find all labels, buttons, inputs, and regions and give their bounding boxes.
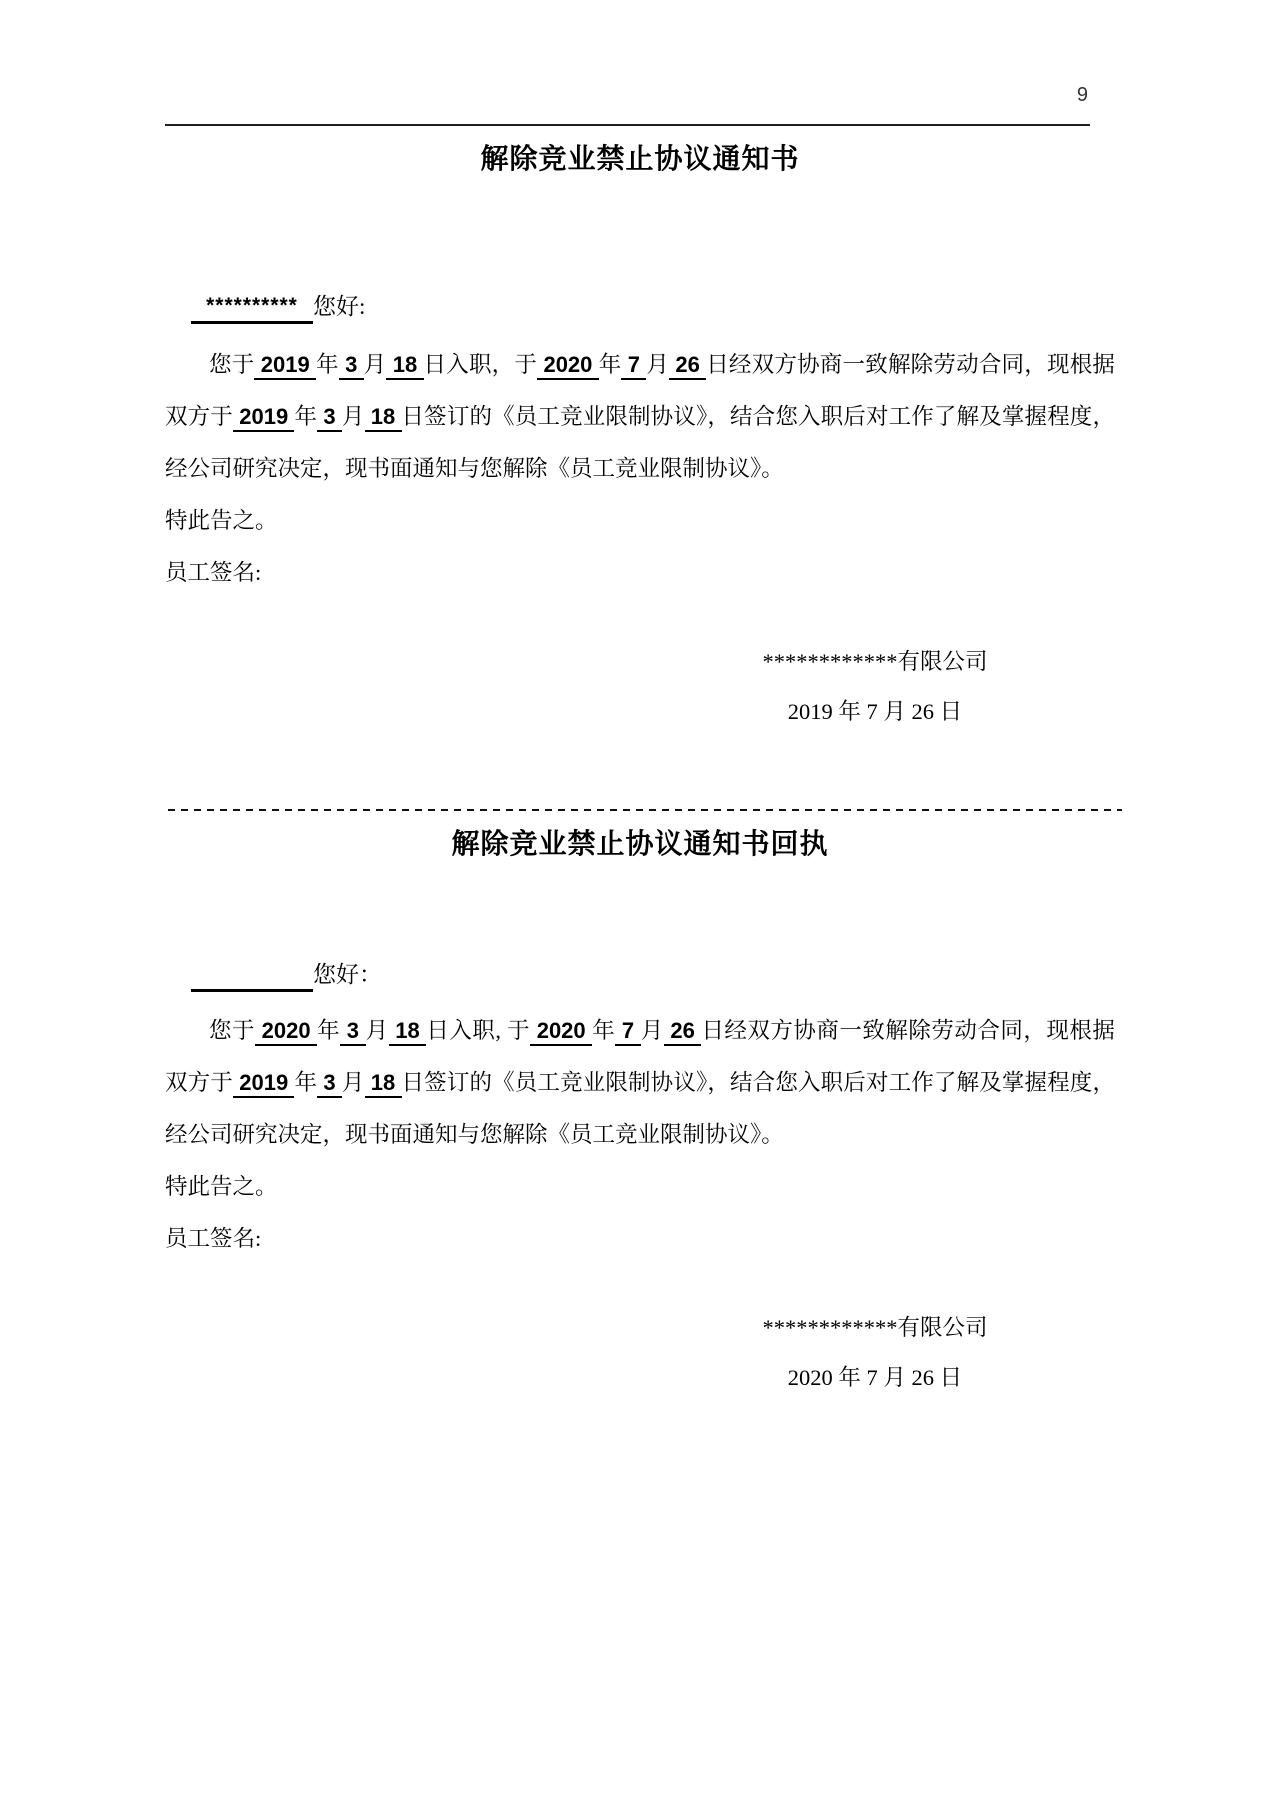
underlined-blank-value: 2019 (233, 404, 294, 432)
notice-title: 解除竞业禁止协议通知书 (165, 140, 1115, 180)
paragraph-text: 年 (316, 352, 339, 377)
notice-closing: 特此告之。 (165, 495, 1115, 547)
underlined-blank-value: 3 (340, 1018, 365, 1046)
underlined-blank-value: 2019 (254, 352, 316, 380)
underlined-blank-value: 2020 (537, 352, 599, 380)
underlined-blank-value: 26 (669, 352, 706, 380)
notice-greeting: 您好: (313, 294, 365, 319)
receipt-salutation-blank (191, 989, 313, 992)
header-rule (165, 124, 1090, 126)
underlined-blank-value: 2019 (233, 1070, 294, 1098)
receipt-paragraph: 您于 2020 年 3 月 18 日入职, 于 2020 年 7 月 26 日经… (165, 1005, 1115, 1161)
notice-paragraph: 您于 2019 年 3 月 18 日入职，于 2020 年 7 月 26 日经双… (165, 339, 1115, 495)
underlined-blank-value: 18 (386, 352, 423, 380)
paragraph-text: 年 (599, 352, 622, 377)
paragraph-text: 月 (342, 1070, 365, 1095)
paragraph-text: 日入职, 于 (426, 1018, 530, 1043)
receipt-closing: 特此告之。 (165, 1161, 1115, 1213)
underlined-blank-value: 2020 (530, 1018, 592, 1046)
paragraph-text: 年 (294, 404, 317, 429)
paragraph-text: 日入职，于 (424, 352, 538, 377)
underlined-blank-value: 7 (621, 352, 646, 380)
underlined-blank-value: 18 (389, 1018, 427, 1046)
receipt-signature-label: 员工签名: (165, 1213, 1115, 1265)
notice-signature-block: ************有限公司 2019 年 7 月 26 日 (710, 637, 1040, 737)
underlined-blank-value: 3 (317, 1070, 342, 1098)
underlined-blank-value: 2020 (255, 1018, 317, 1046)
underlined-blank-value: 18 (365, 1070, 402, 1098)
underlined-blank-value: 18 (365, 404, 402, 432)
paragraph-text: 年 (592, 1018, 615, 1043)
receipt-signature-block: ************有限公司 2020 年 7 月 26 日 (710, 1303, 1040, 1403)
paragraph-text: 您于 (209, 1018, 255, 1043)
paragraph-text: 月 (366, 1018, 389, 1043)
notice-section: 解除竞业禁止协议通知书 **********您好: 您于 2019 年 3 月 … (0, 0, 1280, 737)
notice-date: 2019 年 7 月 26 日 (710, 687, 1040, 737)
receipt-date: 2020 年 7 月 26 日 (710, 1353, 1040, 1403)
paragraph-text: 月 (641, 1018, 664, 1043)
underlined-blank-value: 3 (317, 404, 342, 432)
paragraph-text: 年 (294, 1070, 317, 1095)
underlined-blank-value: 3 (339, 352, 364, 380)
underlined-blank-value: 7 (615, 1018, 640, 1046)
paragraph-text: 月 (364, 352, 387, 377)
notice-signature-label: 员工签名: (165, 547, 1115, 599)
paragraph-text: 您于 (209, 352, 254, 377)
receipt-salutation: 您好： (165, 958, 1115, 992)
receipt-title: 解除竞业禁止协议通知书回执 (165, 825, 1115, 865)
receipt-company-name: ************有限公司 (710, 1303, 1040, 1353)
underlined-blank-value: 26 (664, 1018, 702, 1046)
paragraph-text: 月 (646, 352, 669, 377)
notice-salutation: **********您好: (165, 290, 1115, 324)
receipt-greeting: 您好： (313, 962, 382, 987)
document-page: 9 解除竞业禁止协议通知书 **********您好: 您于 2019 年 3 … (0, 0, 1280, 1810)
page-number: 9 (1077, 84, 1088, 107)
notice-salutation-blank: ********** (191, 291, 313, 324)
paragraph-text: 月 (342, 404, 365, 429)
receipt-section: 解除竞业禁止协议通知书回执 您好： 您于 2020 年 3 月 18 日入职, … (0, 811, 1280, 1403)
notice-company-name: ************有限公司 (710, 637, 1040, 687)
paragraph-text: 年 (317, 1018, 340, 1043)
